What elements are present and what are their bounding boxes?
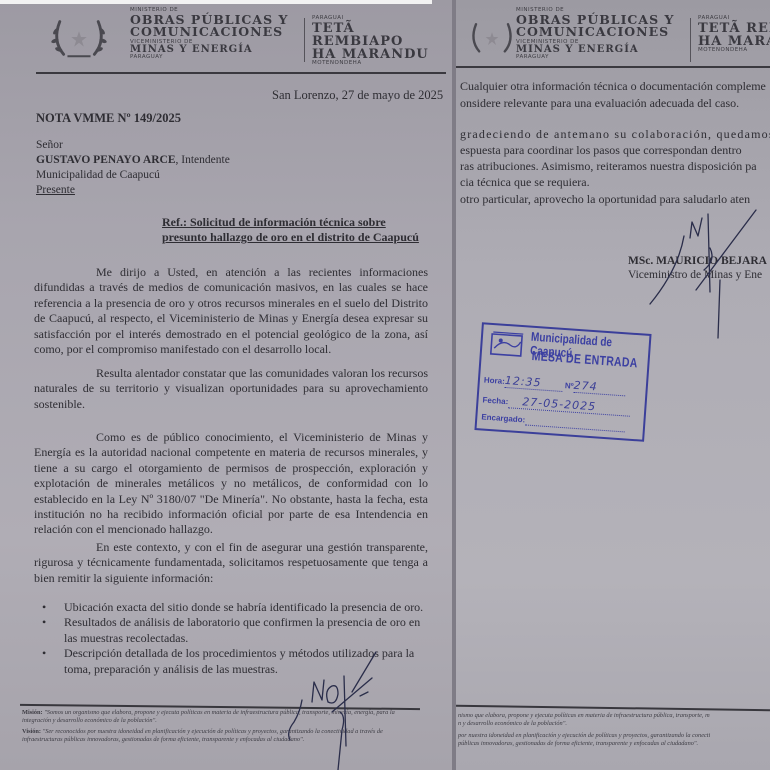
recipient-block: Señor GUSTAVO PENAYO ARCE, Intendente Mu…	[36, 138, 230, 198]
slogan: PARAGUAI TETÃ REMBIAPO HA MARANDU MOTENO…	[698, 16, 770, 53]
municipality-logo-icon	[488, 330, 528, 361]
stamp-encargado-row: Encargado:	[481, 412, 625, 432]
paragraph-1: Me dirijo a Usted, en atención a las rec…	[34, 265, 428, 357]
ministry-name: MINISTERIO DE OBRAS PÚBLICAS Y COMUNICAC…	[516, 8, 674, 61]
paragraph-3: Como es de público conocimiento, el Vice…	[34, 430, 428, 538]
top-edge-strip	[0, 0, 432, 4]
letterhead-rule	[456, 66, 770, 68]
page2-text-block-2: gradeciendo de antemano su colaboración,…	[460, 126, 770, 190]
paragraph-2: Resulta alentador constatar que las comu…	[34, 366, 428, 412]
letterhead-page-2: MINISTERIO DE OBRAS PÚBLICAS Y COMUNICAC…	[468, 6, 770, 70]
letterhead-divider	[304, 18, 305, 62]
stamp-hora-row: Hora:12:35 Nº274	[483, 372, 625, 396]
laurel-wreath-star-icon	[50, 12, 108, 62]
footer-mission-partial: nismo que elabora, propone y ejecuta pol…	[458, 712, 710, 728]
recipient-line: GUSTAVO PENAYO ARCE, Intendente	[36, 153, 230, 168]
place-date: San Lorenzo, 27 de mayo de 2025	[272, 88, 443, 103]
list-item: Resultados de análisis de laboratorio qu…	[34, 615, 428, 646]
page2-text-block-1: Cualquier otra información técnica o doc…	[460, 78, 766, 112]
footer-rule	[456, 705, 770, 711]
presente: Presente	[36, 183, 230, 198]
recipient-title: , Intendente	[176, 154, 230, 166]
salutation: Señor	[36, 138, 230, 153]
letterhead-rule	[36, 72, 446, 74]
note-number: NOTA VMME Nº 149/2025	[36, 111, 181, 126]
letterhead: MINISTERIO DE OBRAS PÚBLICAS Y COMUNICAC…	[50, 6, 450, 70]
letter-page-1: MINISTERIO DE OBRAS PÚBLICAS Y COMUNICAC…	[0, 0, 456, 770]
paragraph-4: En este contexto, y con el fin de asegur…	[34, 540, 428, 586]
laurel-wreath-star-icon	[468, 12, 516, 62]
list-item: Ubicación exacta del sitio donde se habr…	[34, 600, 428, 615]
reception-stamp: Municipalidad de Caapucú MESA DE ENTRADA…	[474, 322, 651, 442]
slogan: PARAGUAI TETÃ REMBIAPO HA MARANDU MOTENO…	[312, 16, 450, 66]
letterhead-divider	[690, 18, 691, 62]
reference-line: Ref.: Solicitud de información técnica s…	[162, 215, 422, 245]
recipient-org: Municipalidad de Caapucú	[36, 168, 230, 183]
ministry-name: MINISTERIO DE OBRAS PÚBLICAS Y COMUNICAC…	[130, 8, 288, 61]
footer-vision-partial: por nuestra idoneidad en planificación y…	[458, 732, 710, 748]
recipient-name: GUSTAVO PENAYO ARCE	[36, 154, 176, 166]
